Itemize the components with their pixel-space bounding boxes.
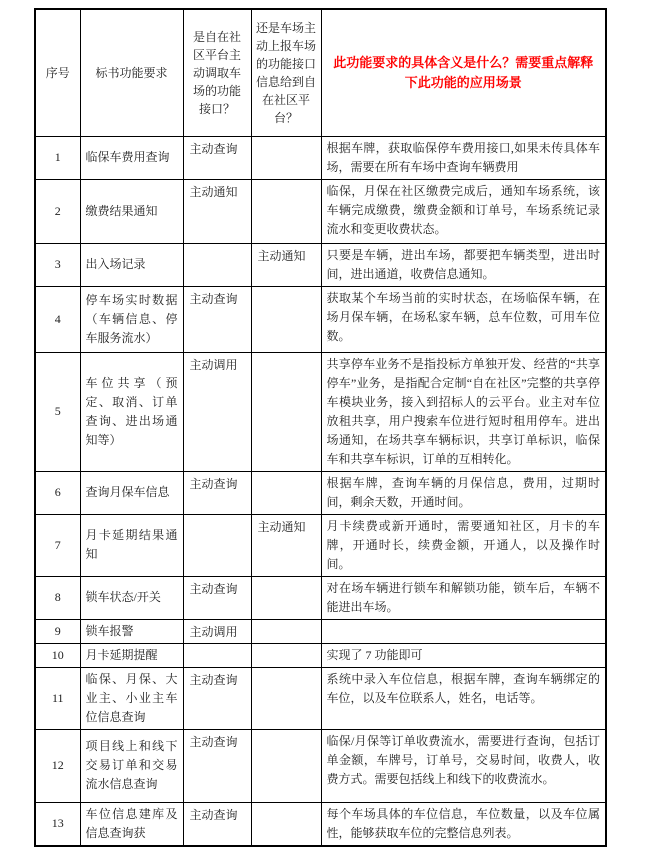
description-cell: 共享停车业务不是指投标方单独开发、经营的“共享停车”业务，是指配合定制“自在社区… [321, 352, 606, 471]
row-number: 10 [35, 643, 80, 667]
row-number: 3 [35, 243, 80, 286]
table-row: 3 出入场记录 主动通知 只要是车辆，进出车场，都要把车辆类型，进出时间，进出通… [35, 243, 606, 286]
notify-interface-cell [251, 179, 321, 243]
function-name: 临保、月保、大业主、小业主车位信息查询 [80, 667, 183, 729]
table-row: 6 查询月保车信息 主动查询 根据车牌，查询车辆的月保信息，费用，过期时间，剩余… [35, 471, 606, 514]
function-name: 出入场记录 [80, 243, 183, 286]
query-interface-cell: 主动通知 [183, 179, 251, 243]
function-name: 车位共享（预定、取消、订单查询、进出场通知等） [80, 352, 183, 471]
header-notify-interface: 还是车场主动上报车场的功能接口信息给到自在社区平台？ [251, 9, 321, 136]
table-row: 12 项目线上和线下交易订单和交易流水信息查询 主动查询 临保/月保等订单收费流… [35, 729, 606, 802]
query-interface-cell: 主动调用 [183, 352, 251, 471]
description-cell: 获取某个车场当前的实时状态，在场临保车辆，在场月保车辆，在场私家车辆，总车位数，… [321, 286, 606, 352]
table-body: 1 临保车费用查询 主动查询 根据车牌，获取临保停车费用接口,如果未传具体车场，… [35, 136, 606, 846]
function-name: 停车场实时数据（车辆信息、停车服务流水） [80, 286, 183, 352]
table-row: 8 锁车状态/开关 主动查询 对在场车辆进行锁车和解锁功能，锁车后，车辆不能进出… [35, 576, 606, 619]
query-interface-cell: 主动查询 [183, 667, 251, 729]
query-interface-cell: 主动查询 [183, 576, 251, 619]
description-cell: 根据车牌，查询车辆的月保信息，费用，过期时间，剩余天数，开通时间。 [321, 471, 606, 514]
header-row: 序号 标书功能要求 是自在社区平台主动调取车场的功能接口？ 还是车场主动上报车场… [35, 9, 606, 136]
description-cell: 临保/月保等订单收费流水，需要进行查询，包括订单金额，车牌号，订单号，交易时间，… [321, 729, 606, 802]
table-row: 13 车位信息建库及信息查询获 主动查询 每个车场具体的车位信息，车位数量，以及… [35, 802, 606, 846]
description-cell: 临保，月保在社区缴费完成后，通知车场系统，该车辆完成缴费，缴费金额和订单号，车场… [321, 179, 606, 243]
description-cell: 根据车牌，获取临保停车费用接口,如果未传具体车场，需要在所有车场中查询车辆费用 [321, 136, 606, 179]
description-cell: 月卡续费或新开通时，需要通知社区，月卡的车牌，开通时长，续费金额，开通人，以及操… [321, 514, 606, 576]
header-seq-no: 序号 [35, 9, 80, 136]
function-name: 锁车报警 [80, 619, 183, 643]
notify-interface-cell: 主动通知 [251, 243, 321, 286]
notify-interface-cell [251, 286, 321, 352]
notify-interface-cell [251, 136, 321, 179]
notify-interface-cell [251, 729, 321, 802]
function-name: 缴费结果通知 [80, 179, 183, 243]
query-interface-cell: 主动查询 [183, 286, 251, 352]
query-interface-cell: 主动查询 [183, 802, 251, 846]
table-header: 序号 标书功能要求 是自在社区平台主动调取车场的功能接口？ 还是车场主动上报车场… [35, 9, 606, 136]
query-interface-cell: 主动查询 [183, 471, 251, 514]
table-row: 2 缴费结果通知 主动通知 临保，月保在社区缴费完成后，通知车场系统，该车辆完成… [35, 179, 606, 243]
notify-interface-cell [251, 667, 321, 729]
query-interface-cell: 主动查询 [183, 729, 251, 802]
row-number: 12 [35, 729, 80, 802]
function-name: 车位信息建库及信息查询获 [80, 802, 183, 846]
row-number: 2 [35, 179, 80, 243]
row-number: 8 [35, 576, 80, 619]
notify-interface-cell [251, 619, 321, 643]
row-number: 5 [35, 352, 80, 471]
description-cell: 系统中录入车位信息，根据车牌，查询车辆绑定的车位，以及车位联系人，姓名，电话等。 [321, 667, 606, 729]
row-number: 4 [35, 286, 80, 352]
table-row: 11 临保、月保、大业主、小业主车位信息查询 主动查询 系统中录入车位信息，根据… [35, 667, 606, 729]
row-number: 9 [35, 619, 80, 643]
query-interface-cell: 主动查询 [183, 136, 251, 179]
row-number: 7 [35, 514, 80, 576]
header-query-interface: 是自在社区平台主动调取车场的功能接口？ [183, 9, 251, 136]
row-number: 6 [35, 471, 80, 514]
table-row: 9 锁车报警 主动调用 [35, 619, 606, 643]
query-interface-cell: 主动调用 [183, 619, 251, 643]
function-name: 月卡延期结果通知 [80, 514, 183, 576]
header-meaning-question: 此功能要求的具体含义是什么？需要重点解释下此功能的应用场景 [321, 9, 606, 136]
description-cell: 只要是车辆，进出车场，都要把车辆类型，进出时间，进出通道，收费信息通知。 [321, 243, 606, 286]
table-row: 10 月卡延期提醒 实现了 7 功能即可 [35, 643, 606, 667]
function-name: 项目线上和线下交易订单和交易流水信息查询 [80, 729, 183, 802]
description-cell: 实现了 7 功能即可 [321, 643, 606, 667]
notify-interface-cell: 主动通知 [251, 514, 321, 576]
description-cell: 对在场车辆进行锁车和解锁功能，锁车后，车辆不能进出车场。 [321, 576, 606, 619]
query-interface-cell [183, 243, 251, 286]
table-row: 5 车位共享（预定、取消、订单查询、进出场通知等） 主动调用 共享停车业务不是指… [35, 352, 606, 471]
function-name: 查询月保车信息 [80, 471, 183, 514]
notify-interface-cell [251, 576, 321, 619]
description-cell: 每个车场具体的车位信息，车位数量，以及车位属性，能够获取车位的完整信息列表。 [321, 802, 606, 846]
table-row: 7 月卡延期结果通知 主动通知 月卡续费或新开通时，需要通知社区，月卡的车牌，开… [35, 514, 606, 576]
description-cell [321, 619, 606, 643]
row-number: 13 [35, 802, 80, 846]
function-name: 月卡延期提醒 [80, 643, 183, 667]
function-name: 锁车状态/开关 [80, 576, 183, 619]
header-function-name: 标书功能要求 [80, 9, 183, 136]
query-interface-cell [183, 514, 251, 576]
function-requirements-table: 序号 标书功能要求 是自在社区平台主动调取车场的功能接口？ 还是车场主动上报车场… [34, 8, 607, 847]
table-row: 1 临保车费用查询 主动查询 根据车牌，获取临保停车费用接口,如果未传具体车场，… [35, 136, 606, 179]
row-number: 11 [35, 667, 80, 729]
row-number: 1 [35, 136, 80, 179]
notify-interface-cell [251, 802, 321, 846]
notify-interface-cell [251, 643, 321, 667]
notify-interface-cell [251, 352, 321, 471]
notify-interface-cell [251, 471, 321, 514]
table-row: 4 停车场实时数据（车辆信息、停车服务流水） 主动查询 获取某个车场当前的实时状… [35, 286, 606, 352]
function-name: 临保车费用查询 [80, 136, 183, 179]
query-interface-cell [183, 643, 251, 667]
